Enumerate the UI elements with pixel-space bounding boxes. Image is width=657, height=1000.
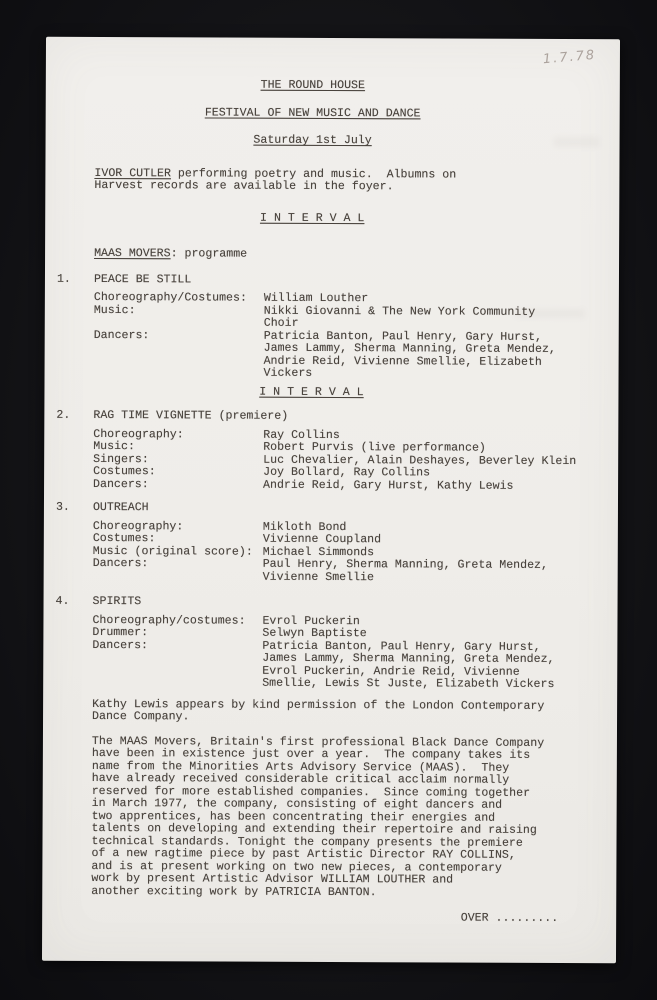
performer-name: IVOR CUTLER [94,166,171,179]
festival-title: FESTIVAL OF NEW MUSIC AND DANCE [46,106,580,121]
piece-credits: Choreography: Mikloth Bond Costumes: Viv… [44,520,618,585]
piece-title: SPIRITS [93,596,142,609]
credit-value: Patricia Banton, Paul Henry, Gary Hurst,… [262,640,617,692]
piece-number: 2. [56,410,93,423]
credit-label: Dancers: [93,478,263,491]
credit-row: Dancers: Patricia Banton, Paul Henry, Ga… [92,639,617,691]
credit-value: Andrie Reid, Gary Hurst, Kathy Lewis [263,479,618,493]
credit-row: Dancers: Andrie Reid, Gary Hurst, Kathy … [93,478,618,493]
piece-header: 1. PEACE BE STILL [45,273,619,288]
credit-label: Music: [94,304,264,330]
credit-value: Patricia Banton, Paul Henry, Gary Hurst,… [264,330,619,382]
piece-credits: Choreography/Costumes: William Louther M… [45,292,619,382]
piece-peace-be-still: 1. PEACE BE STILL Choreography/Costumes:… [45,273,619,382]
programme-heading: MAAS MOVERS: programme [45,248,619,263]
credit-row: Dancers: Patricia Banton, Paul Henry, Ga… [94,329,619,381]
piece-header: 4. SPIRITS [44,596,618,611]
credit-row: Music: Nikki Giovanni & The New York Com… [94,304,619,331]
interval-heading-1: I N T E R V A L [45,211,619,226]
piece-number: 3. [56,502,93,515]
programme-suffix: : programme [171,247,248,260]
piece-credits: Choreography/costumes: Evrol Puckerin Dr… [43,614,617,692]
piece-title: PEACE BE STILL [94,273,191,286]
credit-row: Dancers: Paul Henry, Sherma Manning, Gre… [93,558,618,585]
intro-paragraph: IVOR CUTLER performing poetry and music.… [45,167,619,195]
photo-background: 1.7.78 THE ROUND HOUSE FESTIVAL OF NEW M… [0,0,657,1000]
handwritten-date: 1.7.78 [542,50,596,67]
programme-page: 1.7.78 THE ROUND HOUSE FESTIVAL OF NEW M… [42,37,620,963]
piece-spirits: 4. SPIRITS Choreography/costumes: Evrol … [43,596,617,692]
credit-label: Dancers: [94,329,264,380]
credit-label: Dancers: [92,639,262,690]
credit-value: Nikki Giovanni & The New York Community … [264,305,619,332]
piece-header: 3. OUTREACH [44,502,618,517]
event-date: Saturday 1st July [46,134,580,149]
piece-outreach: 3. OUTREACH Choreography: Mikloth Bond C… [44,502,618,586]
piece-title: RAG TIME VIGNETTE (premiere) [93,410,288,423]
company-description: The MAAS Movers, Britain's first profess… [42,735,617,900]
piece-number: 4. [56,596,93,609]
company-name: MAAS MOVERS [94,247,171,260]
credit-label: Dancers: [93,558,263,584]
piece-header: 2. RAG TIME VIGNETTE (premiere) [44,410,618,425]
piece-number: 1. [57,273,94,286]
interval-heading-2: I N T E R V A L [44,385,618,400]
permission-note: Kathy Lewis appears by kind permission o… [43,698,617,726]
piece-credits: Choreography: Ray Collins Music: Robert … [44,428,618,493]
piece-title: OUTREACH [93,502,149,515]
credit-value: Paul Henry, Sherma Manning, Greta Mendez… [263,559,618,586]
venue-title: THE ROUND HOUSE [46,79,580,94]
document-header: THE ROUND HOUSE FESTIVAL OF NEW MUSIC AN… [46,79,620,149]
over-footer: OVER ......... [42,911,616,926]
piece-rag-time-vignette: 2. RAG TIME VIGNETTE (premiere) Choreogr… [44,410,618,494]
